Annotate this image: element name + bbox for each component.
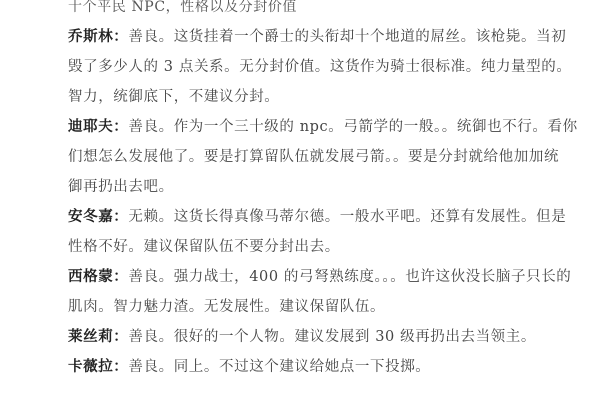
entry-line: 莱丝莉：善良。很好的一个人物。建议发展到 30 级再扔出去当领主。 [68, 322, 538, 352]
entry-text: 善良。这货挂着一个爵士的头衔却十个地道的屌丝。该枪毙。当初 [128, 29, 566, 45]
npc-name: 卡薇拉： [68, 358, 128, 375]
entry-line: 卡薇拉：善良。同上。不过这个建议给她点一下投掷。 [68, 352, 538, 382]
entry-line: 安冬嘉：无赖。这货长得真像马蒂尔德。一般水平吧。还算有发展性。但是 [68, 202, 538, 232]
document-page: 十个平民 NPC，性格以及分封价值 乔斯林：善良。这货挂着一个爵士的头衔却十个地… [0, 0, 600, 400]
entry-text: 善良。强力战士，400 的弓弩熟练度。。。也许这伙没长脑子只长的 [128, 269, 571, 285]
entry-text: 善良。作为一个三十级的 npc。弓箭学的一般。。统御也不行。看你 [128, 119, 577, 135]
npc-name: 安冬嘉： [68, 208, 128, 225]
entry-line: 智力，统御底下，不建议分封。 [68, 82, 538, 112]
entry-line: 迪耶夫：善良。作为一个三十级的 npc。弓箭学的一般。。统御也不行。看你 [68, 112, 538, 142]
entry-line: 乔斯林：善良。这货挂着一个爵士的头衔却十个地道的屌丝。该枪毙。当初 [68, 22, 538, 52]
npc-name: 迪耶夫： [68, 118, 128, 135]
entry-line: 性格不好。建议保留队伍不要分封出去。 [68, 232, 538, 262]
npc-name: 西格蒙： [68, 268, 128, 285]
entry-line: 肌肉。智力魅力渣。无发展性。建议保留队伍。 [68, 292, 538, 322]
entry-line: 毁了多少人的 3 点关系。无分封价值。这货作为骑士很标准。纯力量型的。 [68, 52, 538, 82]
heading-partial: 十个平民 NPC，性格以及分封价值 [68, 0, 538, 22]
entry-line: 西格蒙：善良。强力战士，400 的弓弩熟练度。。。也许这伙没长脑子只长的 [68, 262, 538, 292]
entry-text: 无赖。这货长得真像马蒂尔德。一般水平吧。还算有发展性。但是 [128, 209, 566, 225]
entry-text: 善良。很好的一个人物。建议发展到 30 级再扔出去当领主。 [128, 329, 536, 345]
entry-line: 们想怎么发展他了。要是打算留队伍就发展弓箭。。要是分封就给他加加统 [68, 142, 538, 172]
npc-name: 乔斯林： [68, 28, 128, 45]
entry-line: 御再扔出去吧。 [68, 172, 538, 202]
document-body: 十个平民 NPC，性格以及分封价值 乔斯林：善良。这货挂着一个爵士的头衔却十个地… [68, 0, 538, 382]
entry-text: 善良。同上。不过这个建议给她点一下投掷。 [128, 359, 430, 375]
npc-name: 莱丝莉： [68, 328, 128, 345]
